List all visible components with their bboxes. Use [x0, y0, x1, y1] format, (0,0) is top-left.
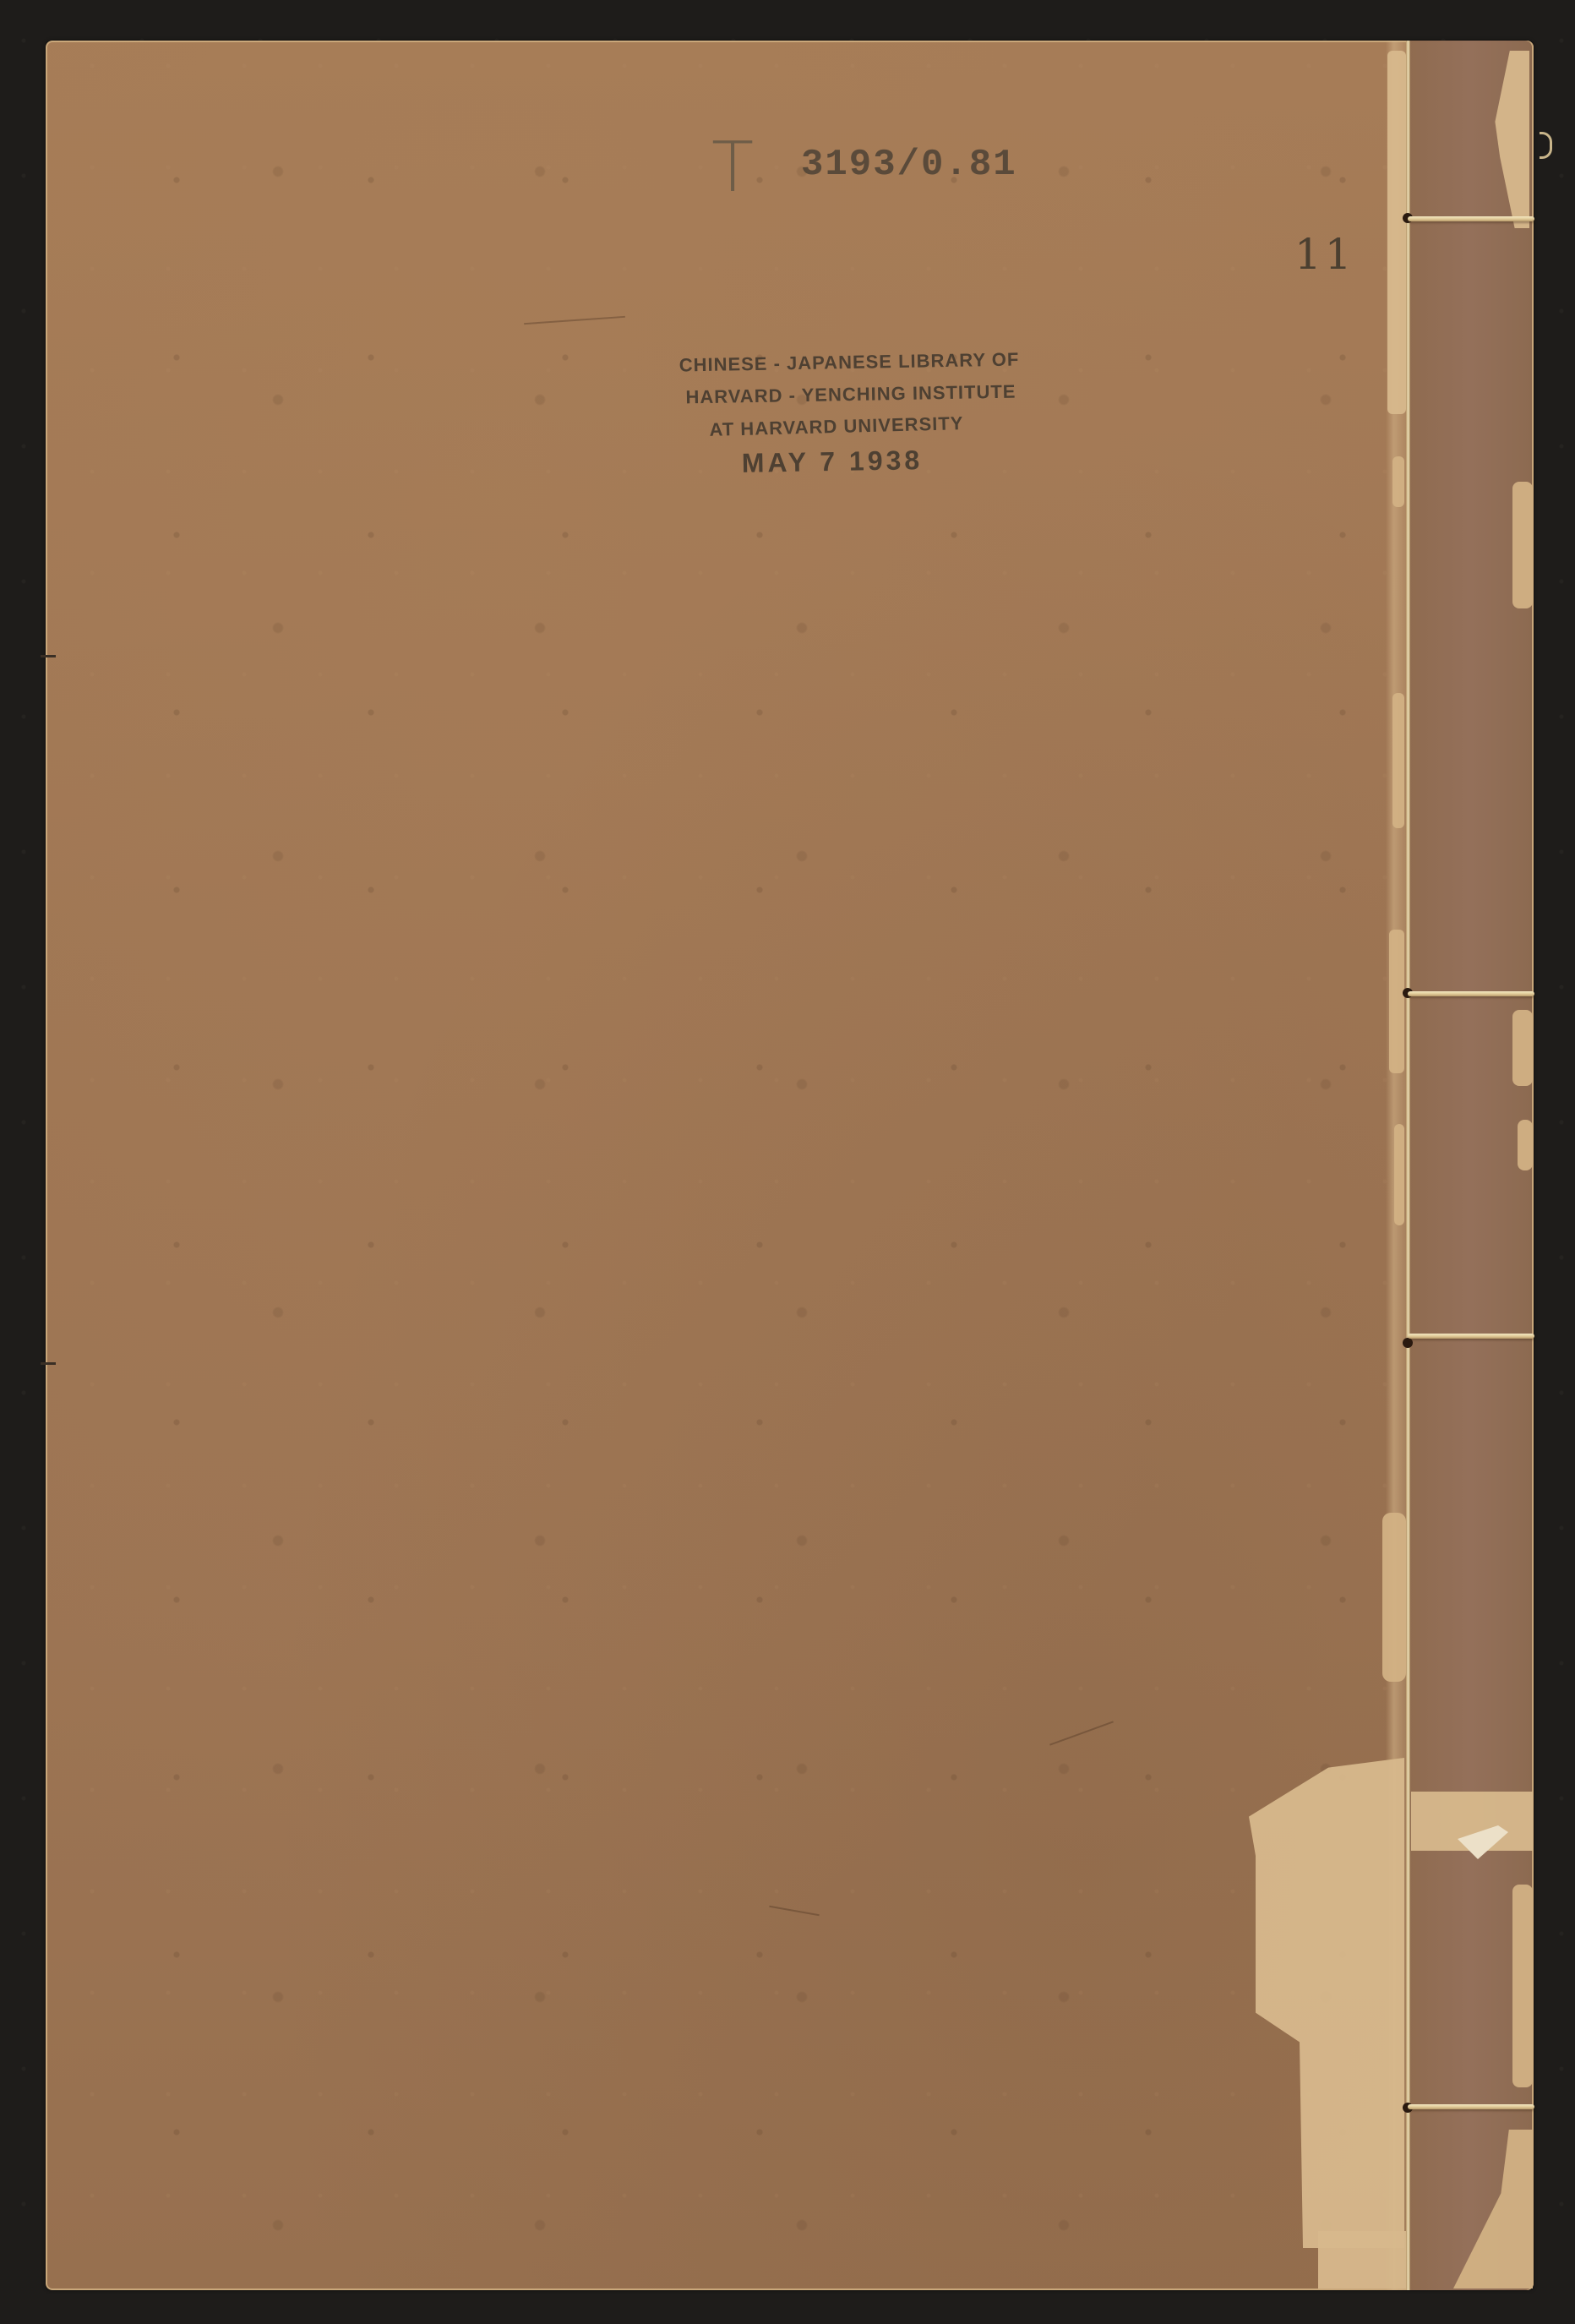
call-number: 3193/0.81	[801, 144, 1017, 186]
volume-number: 11	[1294, 230, 1355, 279]
stamp-date: MAY 7 1938	[634, 439, 1032, 483]
scan-background: T 3193/0.81 11 CHINESE - JAPANESE LIBRAR…	[0, 0, 1575, 2324]
call-number-prefix: T	[711, 134, 754, 203]
library-stamp: CHINESE - JAPANESE LIBRARY OF HARVARD - …	[659, 346, 1031, 480]
cover-markings: T 3193/0.81 11 CHINESE - JAPANESE LIBRAR…	[0, 0, 1575, 2324]
